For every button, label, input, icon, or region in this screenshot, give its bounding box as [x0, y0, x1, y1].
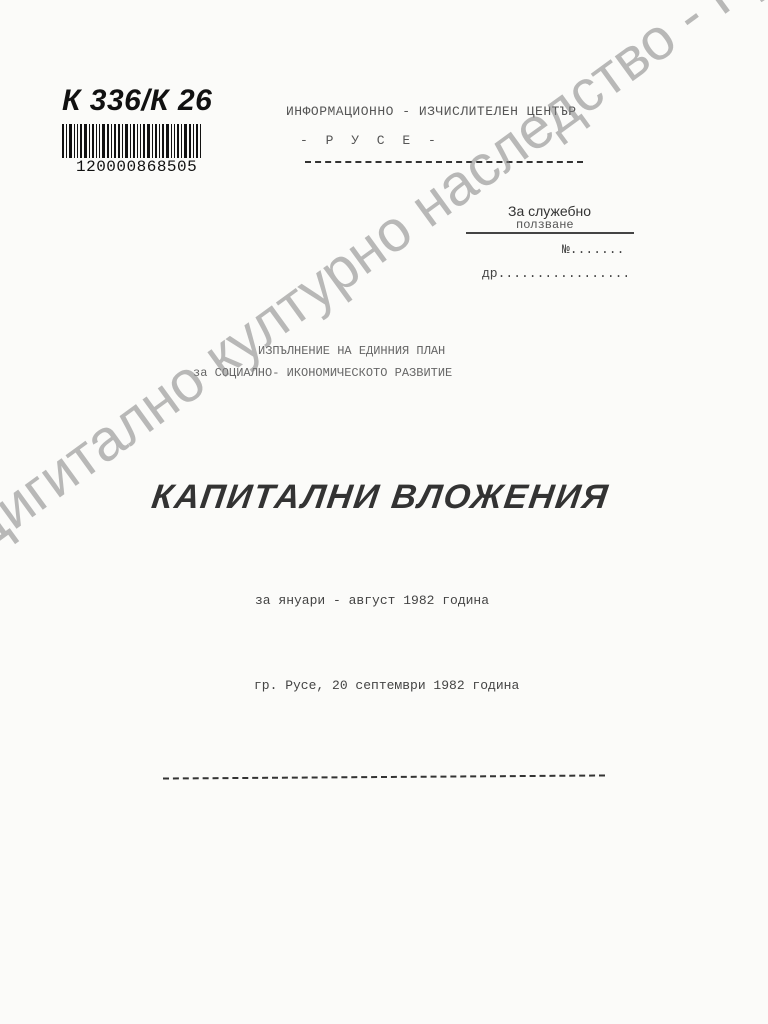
document-title: КАПИТАЛНИ ВЛОЖЕНИЯ — [149, 478, 611, 517]
classification-divider — [466, 232, 634, 234]
document-number-field: №....... — [562, 242, 624, 257]
classification-label: За служебно — [508, 203, 591, 219]
barcode — [62, 124, 240, 158]
archive-code: К 336/К 26 — [62, 84, 212, 118]
document-date-field: др................. — [482, 266, 630, 281]
place-and-date: гр. Русе, 20 септември 1982 година — [254, 678, 519, 693]
classification-label-2: ползване — [516, 218, 574, 232]
organization-city: - Р У С Е - — [300, 133, 441, 148]
footer-divider — [163, 774, 605, 779]
barcode-number: 120000868505 — [76, 158, 197, 176]
report-period: за януари - август 1982 година — [255, 593, 489, 608]
